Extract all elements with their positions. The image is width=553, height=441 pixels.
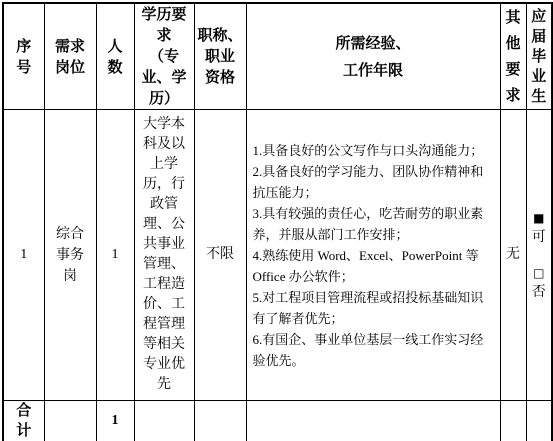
total-other-cell [500, 401, 526, 441]
total-position-cell [44, 401, 96, 441]
document-page: 序 号 需求 岗位 人 数 学历要 求 （专 业、学 历） 职称、 职业 资格 … [0, 0, 553, 441]
total-headcount-cell: 1 [96, 401, 134, 441]
spacer [532, 248, 546, 263]
checkbox-unchecked-icon: □ [532, 263, 546, 283]
headcount-cell: 1 [96, 110, 134, 401]
other-requirements-cell: 无 [500, 110, 526, 401]
total-label-cell: 合 计 [3, 401, 44, 441]
experience-cell: 1.具备良好的公文写作与口头沟通能力； 2.具备良好的学习能力、团队协作精神和抗… [246, 110, 500, 401]
experience-item: 2.具备良好的学习能力、团队协作精神和抗压能力； [253, 161, 494, 203]
education-cell: 大学本科及以上学历，行政管理、公共事业管理、工程造价、工程管理等相关专业优先 [134, 110, 194, 401]
table-header-row: 序 号 需求 岗位 人 数 学历要 求 （专 业、学 历） 职称、 职业 资格 … [3, 3, 552, 110]
qualification-cell: 不限 [194, 110, 246, 401]
header-other-requirements: 其 他 要 求 [500, 3, 526, 110]
header-position: 需求 岗位 [44, 3, 96, 110]
total-row: 合 计 1 [3, 401, 552, 441]
fresh-grad-no-label: 否 [532, 283, 546, 303]
total-qualification-cell [194, 401, 246, 441]
header-education: 学历要 求 （专 业、学 历） [134, 3, 194, 110]
checkbox-checked-icon: ■ [532, 208, 546, 228]
header-qualification: 职称、 职业 资格 [194, 3, 246, 110]
header-headcount: 人 数 [96, 3, 134, 110]
fresh-grad-options: ■ 可 □ 否 [532, 208, 546, 303]
total-fresh-grad-cell [526, 401, 552, 441]
recruitment-table: 序 号 需求 岗位 人 数 学历要 求 （专 业、学 历） 职称、 职业 资格 … [2, 2, 553, 441]
serial-number-cell: 1 [3, 110, 44, 401]
experience-item: 1.具备良好的公文写作与口头沟通能力； [253, 140, 494, 161]
experience-item: 6.有国企、事业单位基层一线工作实习经验优先。 [253, 329, 494, 371]
experience-item: 4.熟练使用 Word、Excel、PowerPoint 等 Office 办公… [253, 245, 494, 287]
header-serial-number: 序 号 [3, 3, 44, 110]
total-experience-cell [246, 401, 500, 441]
table-row: 1 综合事务岗 1 大学本科及以上学历，行政管理、公共事业管理、工程造价、工程管… [3, 110, 552, 401]
header-experience: 所需经验、 工作年限 [246, 3, 500, 110]
fresh-graduate-cell: ■ 可 □ 否 [526, 110, 552, 401]
experience-item: 3.具有较强的责任心，吃苦耐劳的职业素养，并服从部门工作安排； [253, 203, 494, 245]
fresh-grad-yes-label: 可 [532, 228, 546, 248]
position-cell: 综合事务岗 [44, 110, 96, 401]
total-education-cell [134, 401, 194, 441]
experience-item: 5.对工程项目管理流程或招投标基础知识有了解者优先； [253, 287, 494, 329]
header-fresh-graduate: 应 届 毕 业 生 [526, 3, 552, 110]
